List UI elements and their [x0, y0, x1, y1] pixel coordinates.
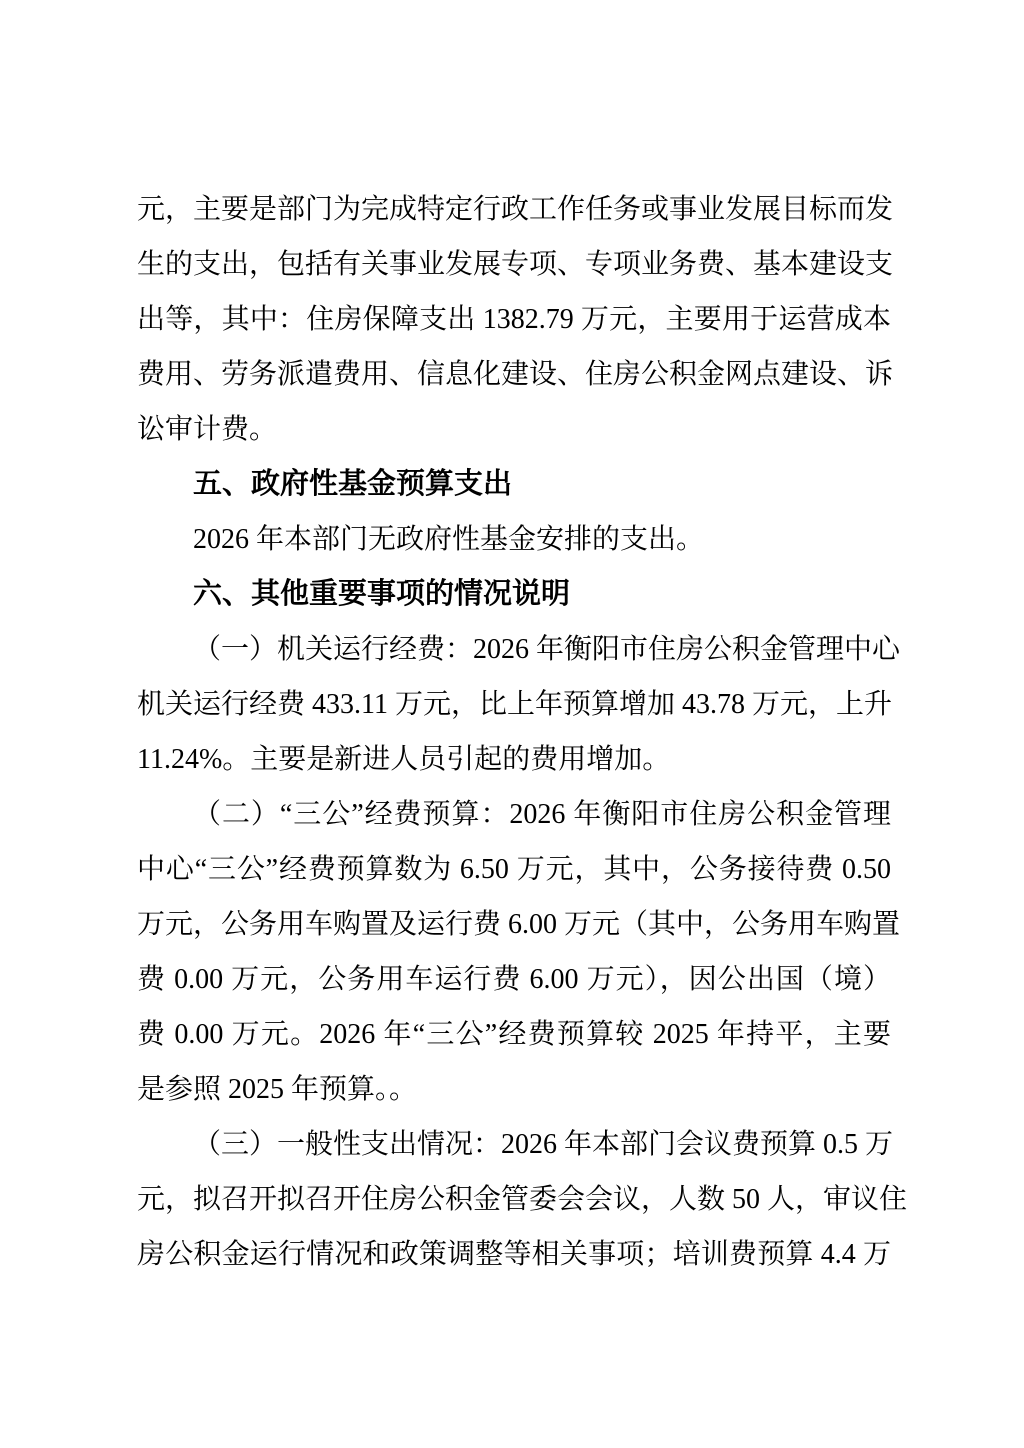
text-line: 费 0.00 万元，公务用车运行费 6.00 万元），因公出国（境） — [137, 952, 891, 1007]
text-line: 费 0.00 万元。2026 年“三公”经费预算较 2025 年持平，主要 — [137, 1007, 891, 1062]
text-line: 万元，公务用车购置及运行费 6.00 万元（其中，公务用车购置 — [137, 897, 891, 952]
text-line: 房公积金运行情况和政策调整等相关事项；培训费预算 4.4 万 — [137, 1227, 891, 1282]
text-line: 11.24%。主要是新进人员引起的费用增加。 — [137, 732, 891, 787]
paragraph-project-expenditure: 元，主要是部门为完成特定行政工作任务或事业发展目标而发 生的支出，包括有关事业发… — [137, 182, 891, 457]
text-line: 讼审计费。 — [137, 402, 891, 457]
text-line: 生的支出，包括有关事业发展专项、专项业务费、基本建设支 — [137, 237, 891, 292]
text-line: （一）机关运行经费：2026 年衡阳市住房公积金管理中心 — [137, 622, 891, 677]
paragraph-general-expenditure: （三）一般性支出情况：2026 年本部门会议费预算 0.5 万 元，拟召开拟召开… — [137, 1117, 891, 1282]
text-line: 机关运行经费 433.11 万元，比上年预算增加 43.78 万元，上升 — [137, 677, 891, 732]
text-line: （二）“三公”经费预算：2026 年衡阳市住房公积金管理 — [137, 787, 891, 842]
text-line: 出等，其中：住房保障支出 1382.79 万元，主要用于运营成本 — [137, 292, 891, 347]
section-heading-other-important-matters: 六、其他重要事项的情况说明 — [137, 567, 891, 622]
text-line: 费用、劳务派遣费用、信息化建设、住房公积金网点建设、诉 — [137, 347, 891, 402]
section-heading-government-fund-budget: 五、政府性基金预算支出 — [137, 457, 891, 512]
text-line: 是参照 2025 年预算。。 — [137, 1062, 891, 1117]
text-line: （三）一般性支出情况：2026 年本部门会议费预算 0.5 万 — [137, 1117, 891, 1172]
text-line: 元，主要是部门为完成特定行政工作任务或事业发展目标而发 — [137, 182, 891, 237]
paragraph-no-government-fund: 2026 年本部门无政府性基金安排的支出。 — [137, 512, 891, 567]
text-line: 中心“三公”经费预算数为 6.50 万元，其中，公务接待费 0.50 — [137, 842, 891, 897]
document-page: 元，主要是部门为完成特定行政工作任务或事业发展目标而发 生的支出，包括有关事业发… — [0, 0, 1024, 1448]
text-line: 元，拟召开拟召开住房公积金管委会会议，人数 50 人，审议住 — [137, 1172, 891, 1227]
paragraph-agency-operating-expenses: （一）机关运行经费：2026 年衡阳市住房公积金管理中心 机关运行经费 433.… — [137, 622, 891, 787]
text-line: 2026 年本部门无政府性基金安排的支出。 — [137, 512, 891, 567]
document-content: 元，主要是部门为完成特定行政工作任务或事业发展目标而发 生的支出，包括有关事业发… — [137, 182, 891, 1282]
paragraph-three-public-expenses: （二）“三公”经费预算：2026 年衡阳市住房公积金管理 中心“三公”经费预算数… — [137, 787, 891, 1117]
